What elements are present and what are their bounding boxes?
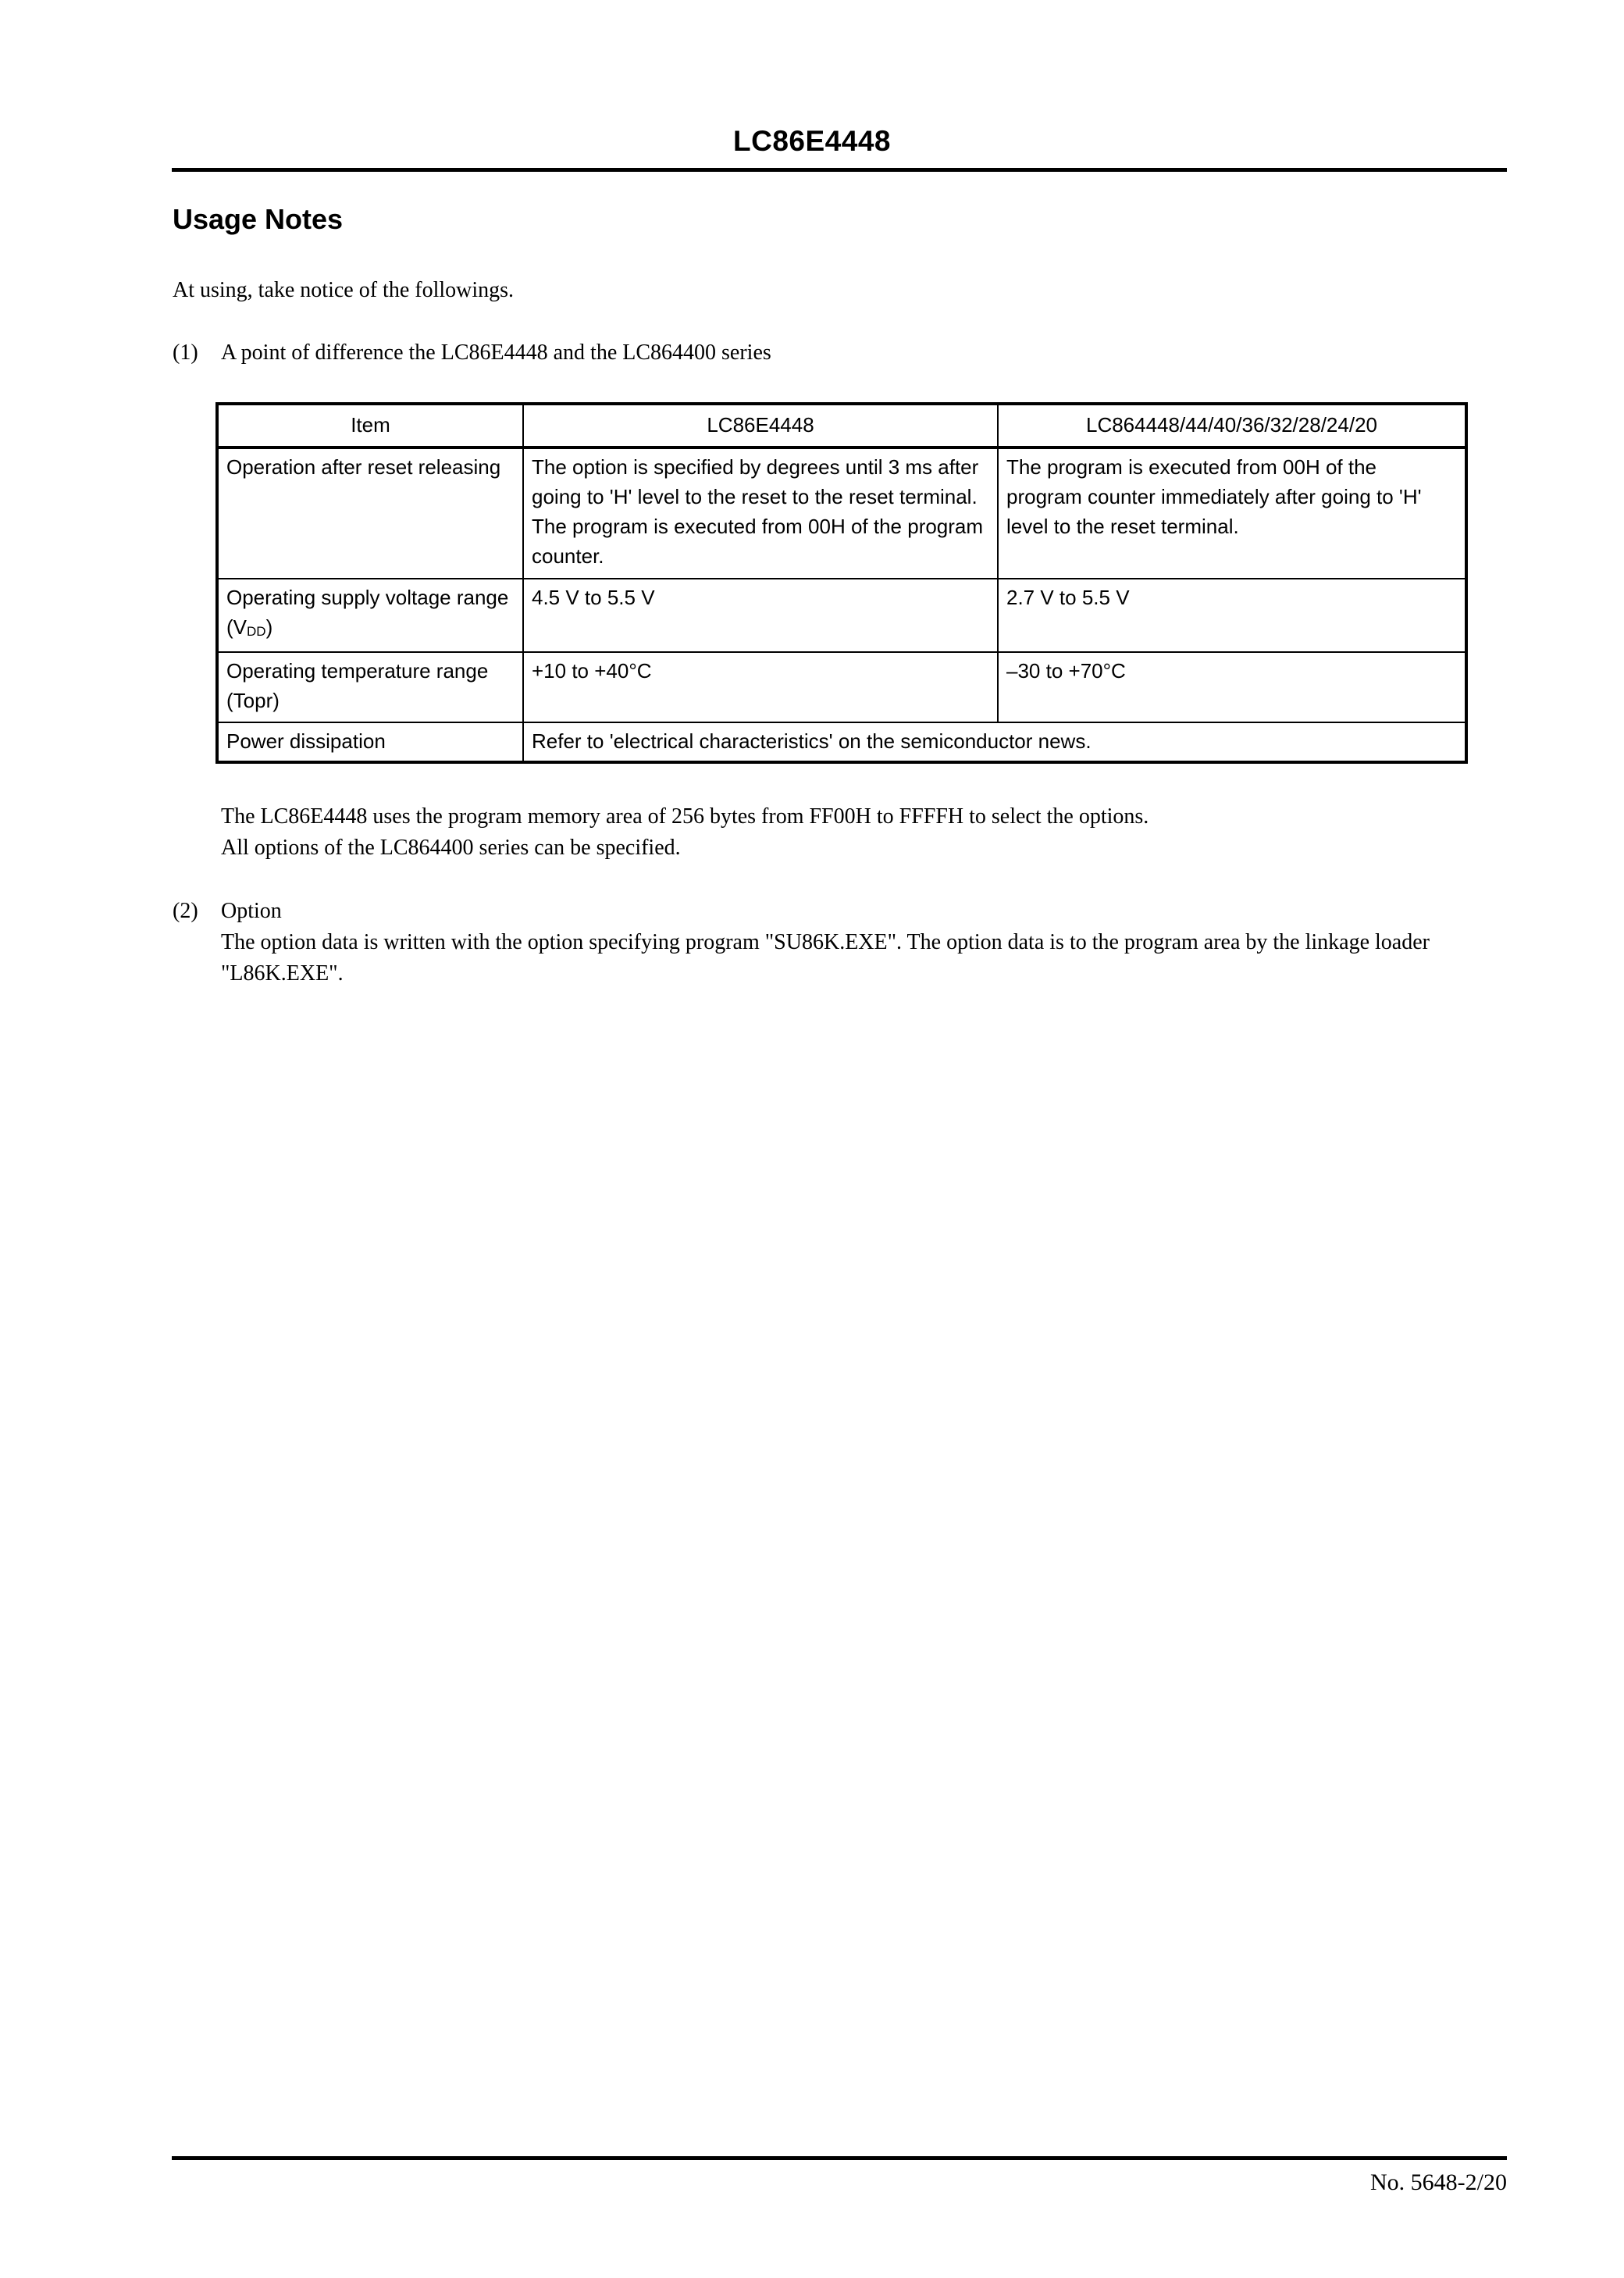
comparison-table: Item LC86E4448 LC864448/44/40/36/32/28/2… bbox=[215, 402, 1468, 764]
cell-lc864400: The program is executed from 00H of the … bbox=[998, 447, 1466, 579]
subscript: DD bbox=[247, 624, 266, 639]
cell-item: Operating supply voltage range (VDD) bbox=[217, 579, 523, 652]
paragraph-line: The LC86E4448 uses the program memory ar… bbox=[221, 801, 1149, 832]
page-number: No. 5648-2/20 bbox=[1370, 2169, 1507, 2196]
cell-lc86e4448: 4.5 V to 5.5 V bbox=[523, 579, 998, 652]
cell-item: Operation after reset releasing bbox=[217, 447, 523, 579]
intro-text: At using, take notice of the followings. bbox=[173, 275, 514, 306]
table-header-row: Item LC86E4448 LC864448/44/40/36/32/28/2… bbox=[217, 404, 1466, 447]
header-rule bbox=[172, 168, 1507, 172]
table-row: Operating supply voltage range (VDD) 4.5… bbox=[217, 579, 1466, 652]
table-row: Power dissipation Refer to 'electrical c… bbox=[217, 722, 1466, 762]
column-header-item: Item bbox=[217, 404, 523, 447]
item-heading: A point of difference the LC86E4448 and … bbox=[221, 337, 771, 369]
cell-merged: Refer to 'electrical characteristics' on… bbox=[523, 722, 1466, 762]
column-header-lc86e4448: LC86E4448 bbox=[523, 404, 998, 447]
item-number: (1) bbox=[173, 337, 198, 369]
document-title: LC86E4448 bbox=[0, 125, 1624, 158]
memory-area-paragraph: The LC86E4448 uses the program memory ar… bbox=[221, 801, 1149, 864]
cell-lc864400: –30 to +70°C bbox=[998, 652, 1466, 722]
item-heading: Option bbox=[221, 896, 282, 927]
cell-item: Operating temperature range (Topr) bbox=[217, 652, 523, 722]
cell-item-end: ) bbox=[266, 615, 273, 639]
table-row: Operating temperature range (Topr) +10 t… bbox=[217, 652, 1466, 722]
cell-lc86e4448: The option is specified by degrees until… bbox=[523, 447, 998, 579]
option-paragraph: The option data is written with the opti… bbox=[221, 927, 1470, 989]
item-number: (2) bbox=[173, 896, 198, 927]
cell-lc86e4448: +10 to +40°C bbox=[523, 652, 998, 722]
section-title: Usage Notes bbox=[173, 203, 343, 236]
cell-item: Power dissipation bbox=[217, 722, 523, 762]
footer-rule bbox=[172, 2156, 1507, 2160]
table-row: Operation after reset releasing The opti… bbox=[217, 447, 1466, 579]
column-header-lc864400: LC864448/44/40/36/32/28/24/20 bbox=[998, 404, 1466, 447]
paragraph-line: All options of the LC864400 series can b… bbox=[221, 832, 1149, 864]
cell-lc864400: 2.7 V to 5.5 V bbox=[998, 579, 1466, 652]
